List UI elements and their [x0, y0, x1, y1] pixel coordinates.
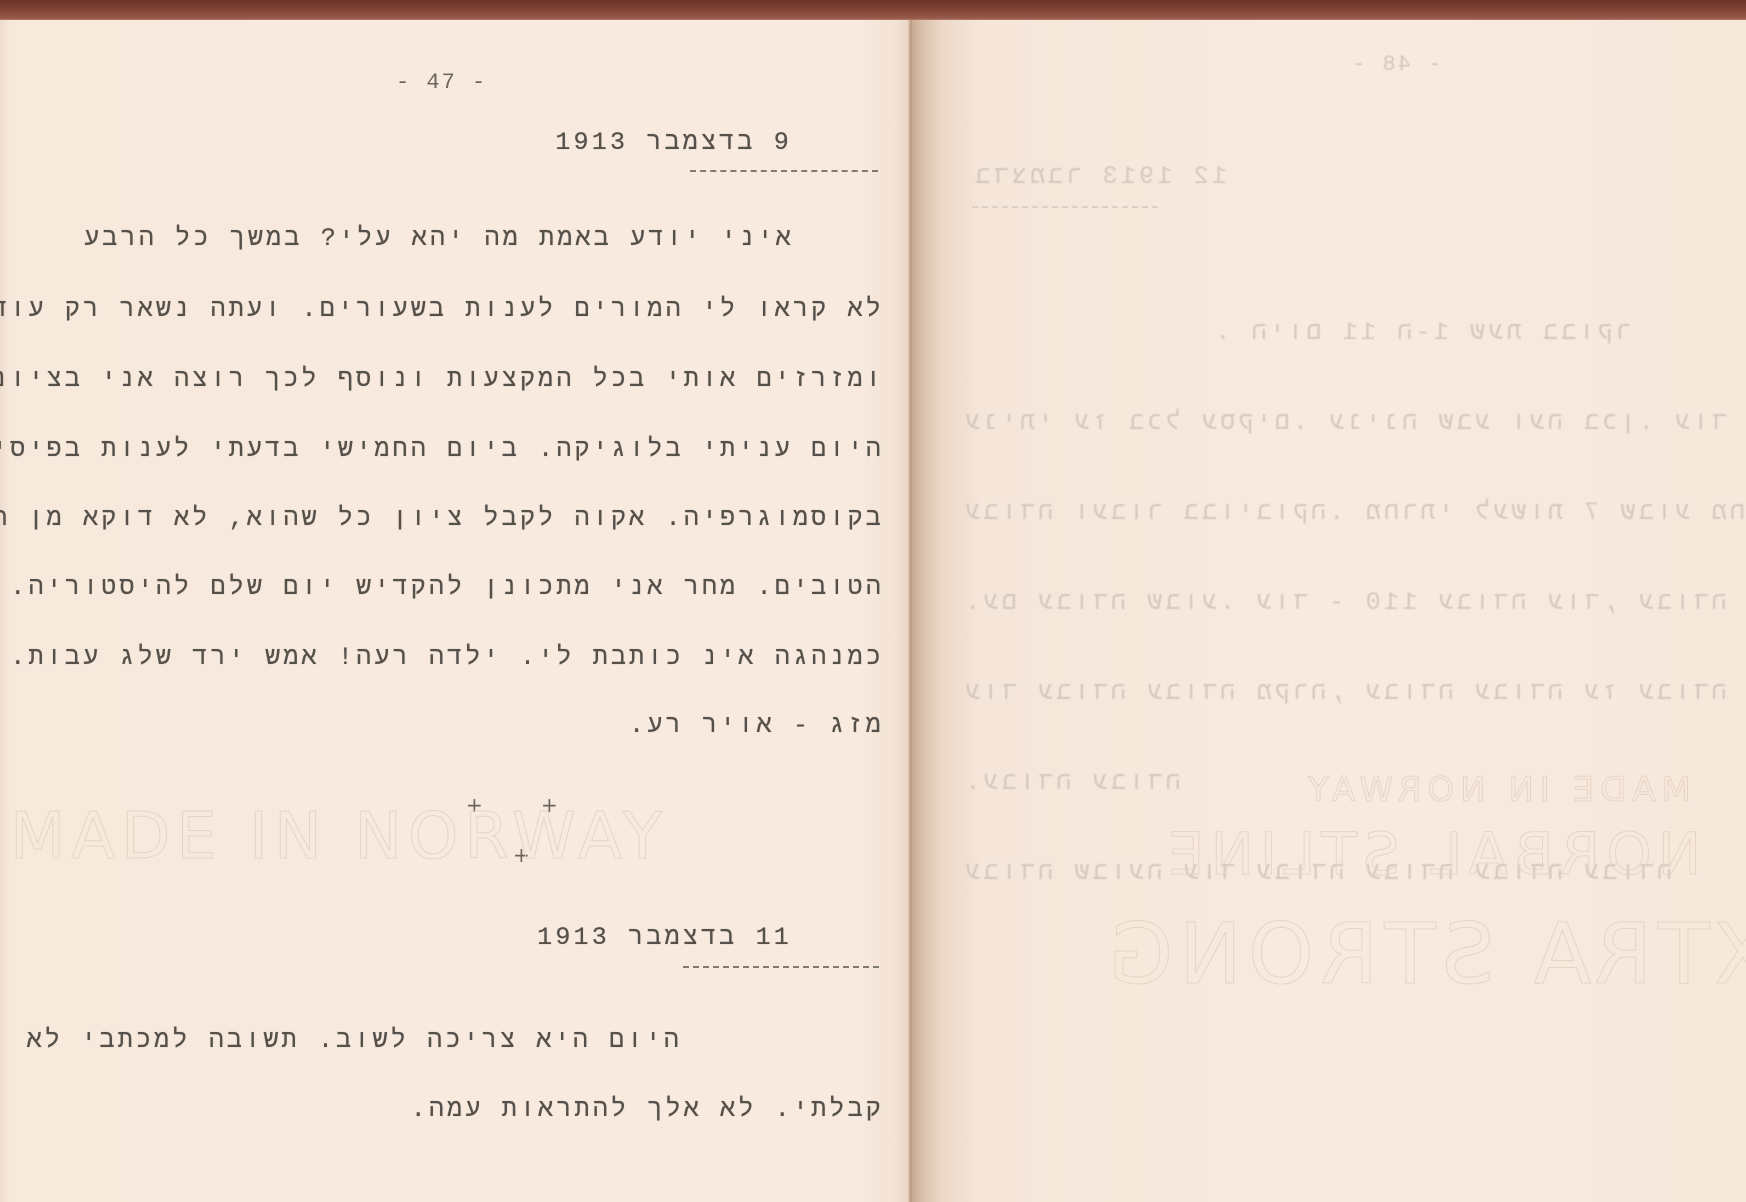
entry-line: מזג - אויר רע.	[629, 711, 884, 740]
left-page: - 47 - 9 בדצמבר 1913 איני יודע באמת מה י…	[0, 20, 912, 1202]
entry-line: היום עניתי בלוגיקה. ביום החמישי בדעתי לע…	[0, 435, 884, 464]
entry-date: 11 בדצמבר 1913	[537, 923, 792, 952]
paper-watermark: EXTRA STRONG	[1102, 905, 1746, 1003]
right-page: - 48 - 12 בדצמבר 1913 היום 11 ה-1 שעת בב…	[912, 20, 1746, 1202]
paper-watermark: MADE IN NORWAY	[1302, 770, 1691, 810]
bleed-through-line: עניתי עז בכל עסקים. ענינה שבע ועה בכן. ע…	[962, 408, 1746, 437]
book-top-edge	[0, 0, 1746, 22]
page-number: - 47 -	[396, 70, 487, 95]
entry-line: היום היא צריכה לשוב. תשובה למכתבי לא	[27, 1026, 682, 1055]
bleed-through-line: עוד עבודה עבודה מקרה, עבודה עבודה עז עבו…	[962, 678, 1727, 707]
entry-line: לא קראו לי המורים לענות בשעורים. ועתה נש…	[0, 295, 884, 324]
bleed-through-line: עם עבודה שבוע. עוד - 110 עבודה עוד, עבוד…	[962, 588, 1746, 617]
entry-line: בקוסמוגרפיה. אקוה לקבל ציון כל שהוא, לא …	[0, 504, 884, 533]
paper-watermark: NORBAL STLINE	[1162, 820, 1701, 888]
bleed-through-date: 12 בדצמבר 1913	[972, 162, 1227, 191]
bleed-through-page-number: - 48 -	[1350, 52, 1441, 77]
bleed-through-underline	[972, 206, 1158, 208]
bleed-through-line: עבודה עבודה.	[962, 768, 1180, 797]
entry-line: כמנהגה אינ כותבת לי. ילדה רעה! אמש ירד ש…	[10, 643, 884, 672]
entry-line: קבלתי. לא אלך להתראות עמה.	[411, 1095, 884, 1124]
entry-line: הטובים. מחר אני מתכונן להקדיש יום שלם לה…	[0, 573, 884, 602]
date-underline	[683, 966, 879, 968]
bleed-through-line: עבודה ועבור בבויבוקה. מחרתי לעשות 7 שבוע…	[962, 498, 1746, 527]
date-underline	[690, 170, 878, 172]
paper-watermark: MADE IN NORWAY	[10, 800, 668, 874]
entry-line: איני יודע באמת מה יהא עלי? במשך כל הרבע	[84, 224, 794, 253]
bleed-through-line: היום 11 ה-1 שעת בבוקר .	[1212, 318, 1631, 347]
entry-date: 9 בדצמבר 1913	[555, 128, 792, 157]
entry-line: ומזרזים אותי בכל המקצעות ונוסף לכך רוצה …	[0, 365, 884, 394]
